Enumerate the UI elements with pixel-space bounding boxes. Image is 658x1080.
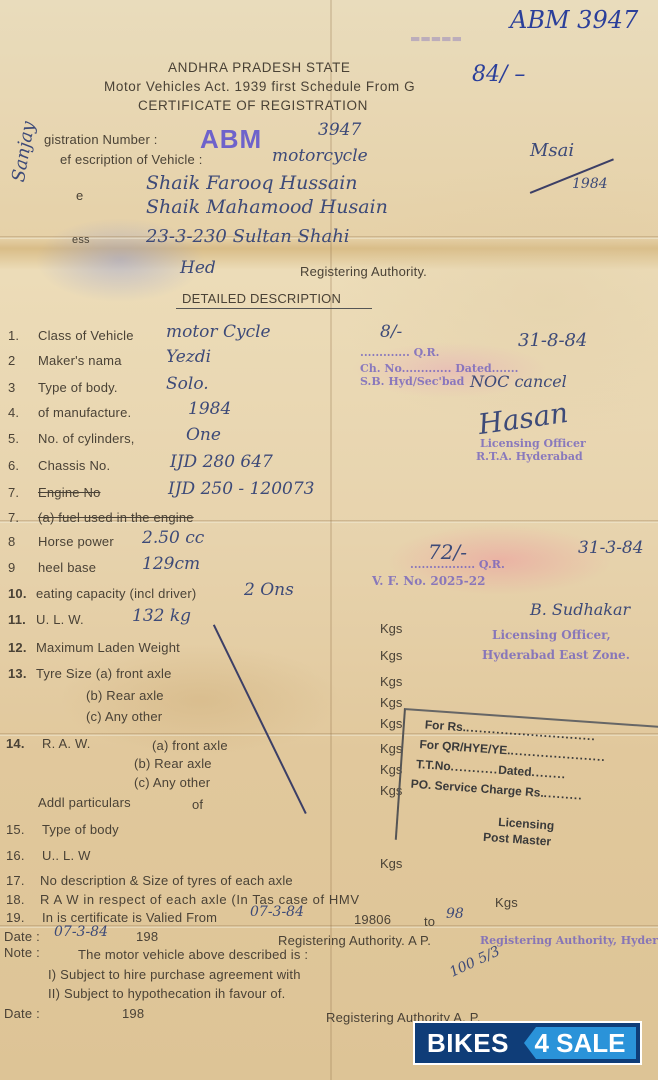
item-label: eating capacity (incl driver) xyxy=(36,586,196,601)
note-text: The motor vehicle above described is : xyxy=(78,947,308,962)
fee-stamp-line3: S.B. Hyd/Sec'bad xyxy=(360,375,464,388)
date-year: 198 xyxy=(136,929,158,944)
signed-value: Hed xyxy=(180,258,216,278)
item-15-label: Type of body xyxy=(42,822,119,837)
item-value: IJD 250 - 120073 xyxy=(168,479,314,499)
fee-amount: 8/- xyxy=(380,322,402,342)
father-name-value: Shaik Mahamood Husain xyxy=(146,196,388,218)
item-label: No. of cylinders, xyxy=(38,431,135,446)
item-number: 8 xyxy=(8,534,15,549)
item-17-label: No description & Size of tyres of each a… xyxy=(40,873,293,888)
note-label: Note : xyxy=(4,945,40,960)
item-18-label: R A W in respect of each axle (In Tas ca… xyxy=(40,892,360,907)
hyderabad-east-stamp: Hyderabad East Zone. xyxy=(482,648,630,662)
bottom-date-year: 198 xyxy=(122,1006,144,1021)
reg-number-value: 3947 xyxy=(318,120,361,140)
item-number: 12. xyxy=(8,640,27,655)
kgs-unit: Kgs xyxy=(380,741,402,756)
item-value: 2.50 cc xyxy=(142,528,204,548)
item-number: 13. xyxy=(8,666,27,681)
item-label: Engine No xyxy=(38,485,101,500)
item-15-number: 15. xyxy=(6,822,25,837)
kgs-unit: Kgs xyxy=(380,695,402,710)
handwritten-signature: Msai xyxy=(530,140,574,161)
item-value: Yezdi xyxy=(166,347,211,367)
validity-label: In is certificate is Valied From xyxy=(42,910,217,925)
item-16-label: U.. L. W xyxy=(42,848,91,863)
item-number: 4. xyxy=(8,405,19,420)
kgs-unit: Kgs xyxy=(380,674,402,689)
item-number: 7. xyxy=(8,485,19,500)
item-number: 3 xyxy=(8,380,15,395)
item-number: 1. xyxy=(8,328,19,343)
item-number: 6. xyxy=(8,458,19,473)
item-value: IJD 280 647 xyxy=(170,452,273,472)
description-label: ef escription of Vehicle : xyxy=(60,152,203,167)
note-hire-purchase: I) Subject to hire purchase agreement wi… xyxy=(48,967,301,982)
item-number: 11. xyxy=(8,612,26,627)
fee2-signature: B. Sudhakar xyxy=(530,600,630,619)
address-value: 23-3-230 Sultan Shahi xyxy=(146,226,350,247)
kgs-unit: Kgs xyxy=(380,648,402,663)
item-value: motor Cycle xyxy=(166,322,271,342)
item-label: Horse power xyxy=(38,534,114,549)
item-value: 129cm xyxy=(142,554,200,574)
act-heading: Motor Vehicles Act. 1939 first Schedule … xyxy=(104,79,415,94)
validity-year: 19806 xyxy=(354,912,391,927)
description-value: motorcycle xyxy=(272,146,368,166)
item-number: 9 xyxy=(8,560,15,575)
name-label: e xyxy=(76,188,83,203)
licensing-officer-stamp: Licensing Officer, xyxy=(492,628,611,642)
validity-number: 19. xyxy=(6,910,25,925)
item-number: 2 xyxy=(8,353,15,368)
tyre-rear-axle: (b) Rear axle xyxy=(86,688,164,703)
validity-from-value: 07-3-84 xyxy=(250,904,304,920)
post-master: Post Master xyxy=(483,830,552,849)
date-authority: Registering Authority. A P. xyxy=(278,933,431,948)
bikes4sale-watermark: BIKES 4 SALE xyxy=(413,1021,642,1065)
date-label: Date : xyxy=(4,929,40,944)
item-16-number: 16. xyxy=(6,848,25,863)
owner-name-value: Shaik Farooq Hussain xyxy=(146,172,358,194)
item-label: Chassis No. xyxy=(38,458,110,473)
item-label: U. L. W. xyxy=(36,612,84,627)
item-number: 5. xyxy=(8,431,19,446)
date-value: 07-3-84 xyxy=(54,924,108,940)
item-label: Tyre Size (a) front axle xyxy=(36,666,172,681)
kgs-unit: Kgs xyxy=(380,716,402,731)
item-value: Solo. xyxy=(166,374,209,394)
state-heading: ANDHRA PRADESH STATE xyxy=(168,60,351,75)
item-value: 132 kg xyxy=(132,606,191,626)
heading-underline xyxy=(176,308,372,309)
raw-label: R. A. W. xyxy=(42,736,91,751)
faded-stamp: ▬▬▬▬▬ xyxy=(410,32,462,45)
item-number: 10. xyxy=(8,586,27,601)
item-value: 1984 xyxy=(188,399,231,419)
detailed-description-heading: DETAILED DESCRIPTION xyxy=(182,291,341,306)
item-label: heel base xyxy=(38,560,96,575)
item-label: Maker's nama xyxy=(38,353,122,368)
item-label: Class of Vehicle xyxy=(38,328,134,343)
item-17-number: 17. xyxy=(6,873,25,888)
bottom-date-label: Date : xyxy=(4,1006,40,1021)
item-number: 7. xyxy=(8,510,19,525)
kgs-unit: Kgs xyxy=(380,621,402,636)
kgs-unit: Kgs xyxy=(495,895,518,910)
registering-authority-label: Registering Authority. xyxy=(300,264,427,279)
kgs-unit: Kgs xyxy=(380,856,402,871)
fee-qr-date: 31-8-84 xyxy=(518,330,587,351)
certificate-title: CERTIFICATE OF REGISTRATION xyxy=(138,98,368,113)
noc-note: NOC cancel xyxy=(470,372,567,391)
item-label: Type of body. xyxy=(38,380,118,395)
reg-number-label: gistration Number : xyxy=(44,132,158,147)
handwritten-number: 84/ – xyxy=(472,62,525,87)
raw-any-other: (c) Any other xyxy=(134,775,210,790)
addl-particulars-label: Addl particulars xyxy=(38,795,131,810)
raw-rear-axle: (b) Rear axle xyxy=(134,756,212,771)
authority-stamp: Registering Authority, Hyderabad-Dist. xyxy=(480,934,658,947)
licensing-office-stamp: Licensing Officer xyxy=(480,437,586,450)
raw-front-axle: (a) front axle xyxy=(152,738,228,753)
fee2-stamp-line: ................. Q.R. xyxy=(410,558,505,571)
address-label: ess xyxy=(72,234,90,246)
watermark-right-text: 4 SALE xyxy=(524,1027,636,1059)
tyre-any-other: (c) Any other xyxy=(86,709,162,724)
validity-to-value: 98 xyxy=(446,906,464,922)
fee-stamp-line1: ............. Q.R. xyxy=(360,346,439,359)
fee2-qr-date: 31-3-84 xyxy=(578,538,644,558)
handwritten-year: 1984 xyxy=(572,176,608,192)
item-label: of manufacture. xyxy=(38,405,131,420)
addl-of: of xyxy=(192,797,203,812)
handwritten-reg-code: ABM 3947 xyxy=(510,6,638,34)
rta-stamp: R.T.A. Hyderabad xyxy=(476,450,583,463)
raw-number: 14. xyxy=(6,736,25,751)
item-value: One xyxy=(186,425,221,445)
validity-to: to xyxy=(424,914,435,929)
item-18-number: 18. xyxy=(6,892,25,907)
item-label: (a) fuel used in the engine xyxy=(38,510,194,525)
item-label: Maximum Laden Weight xyxy=(36,640,180,655)
vf-number: V. F. No. 2025-22 xyxy=(372,574,485,588)
post-office-stamp: For Rs............................... Fo… xyxy=(395,708,658,858)
note-hypothecation: II) Subject to hypothecation ih favour o… xyxy=(48,986,285,1001)
post-licensing: Licensing xyxy=(498,815,555,833)
reg-prefix-stamp: ABM xyxy=(200,124,262,155)
watermark-left-text: BIKES xyxy=(415,1028,509,1059)
item-value: 2 Ons xyxy=(244,580,294,600)
